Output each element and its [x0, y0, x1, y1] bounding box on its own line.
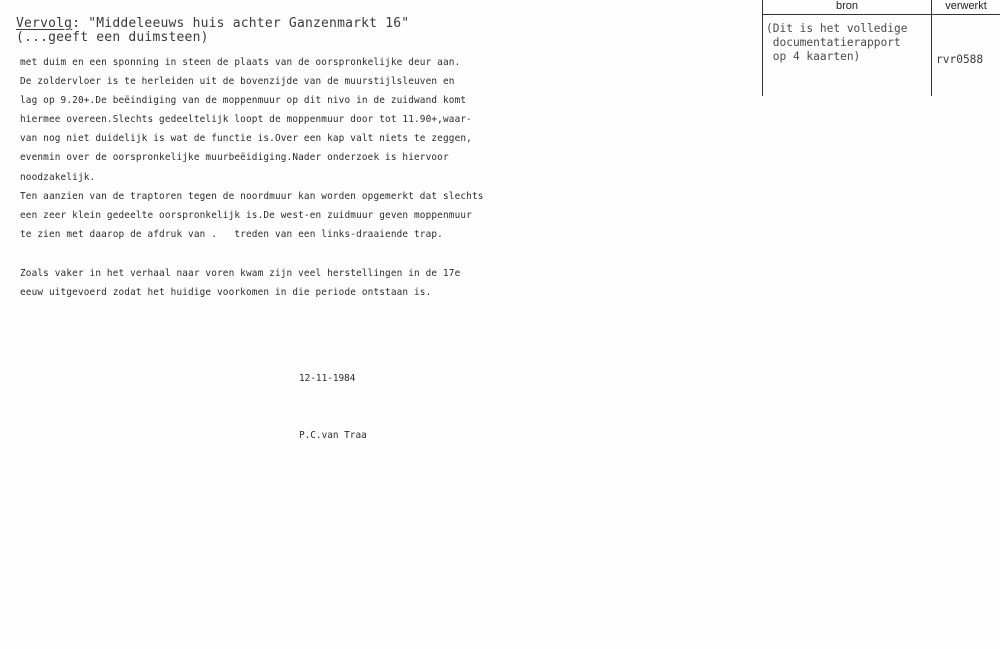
table-cell-bron: (Dit is het volledige documentatierappor… [766, 22, 907, 64]
text-line: lag op 9.20+.De beëindiging van de moppe… [20, 91, 484, 110]
document-title: "Middeleeuws huis achter Ganzenmarkt 16" [88, 16, 409, 31]
text-line: Ten aanzien van de traptoren tegen de no… [20, 187, 484, 206]
table-header-verwerkt: verwerkt [932, 0, 1000, 14]
text-line: De zoldervloer is te herleiden uit de bo… [20, 72, 484, 91]
text-line: met duim en een sponning in steen de pla… [20, 53, 484, 72]
text-line: te zien met daarop de afdruk van . trede… [20, 225, 484, 244]
text-line: van nog niet duidelijk is wat de functie… [20, 129, 484, 148]
document-card: Vervolg: "Middeleeuws huis achter Ganzen… [0, 0, 1000, 649]
document-body: met duim en een sponning in steen de pla… [20, 53, 484, 302]
paragraph-gap [20, 244, 484, 264]
text-line: Zoals vaker in het verhaal naar voren kw… [20, 264, 484, 283]
signature-author: P.C.van Traa [299, 426, 367, 445]
table-header-divider [762, 14, 1000, 15]
signature-date: 12-11-1984 [299, 369, 367, 388]
header-separator: : [72, 16, 88, 31]
text-line: evenmin over de oorspronkelijke muurbeëi… [20, 148, 484, 167]
vervolg-label: Vervolg [16, 16, 72, 31]
table-header-bron: bron [763, 0, 931, 14]
source-table: bron verwerkt (Dit is het volledige docu… [762, 0, 1000, 96]
text-line: hiermee overeen.Slechts gedeeltelijk loo… [20, 110, 484, 129]
document-header: Vervolg: "Middeleeuws huis achter Ganzen… [16, 17, 409, 45]
signature-block: 12-11-1984 P.C.van Traa [299, 331, 367, 483]
table-cell-verwerkt: rvr0588 [936, 53, 983, 67]
text-line: eeuw uitgevoerd zodat het huidige voorko… [20, 283, 484, 302]
document-subtitle: (...geeft een duimsteen) [16, 31, 409, 45]
text-line: een zeer klein gedeelte oorspronkelijk i… [20, 206, 484, 225]
text-line: noodzakelijk. [20, 168, 484, 187]
header-title-line: Vervolg: "Middeleeuws huis achter Ganzen… [16, 17, 409, 31]
